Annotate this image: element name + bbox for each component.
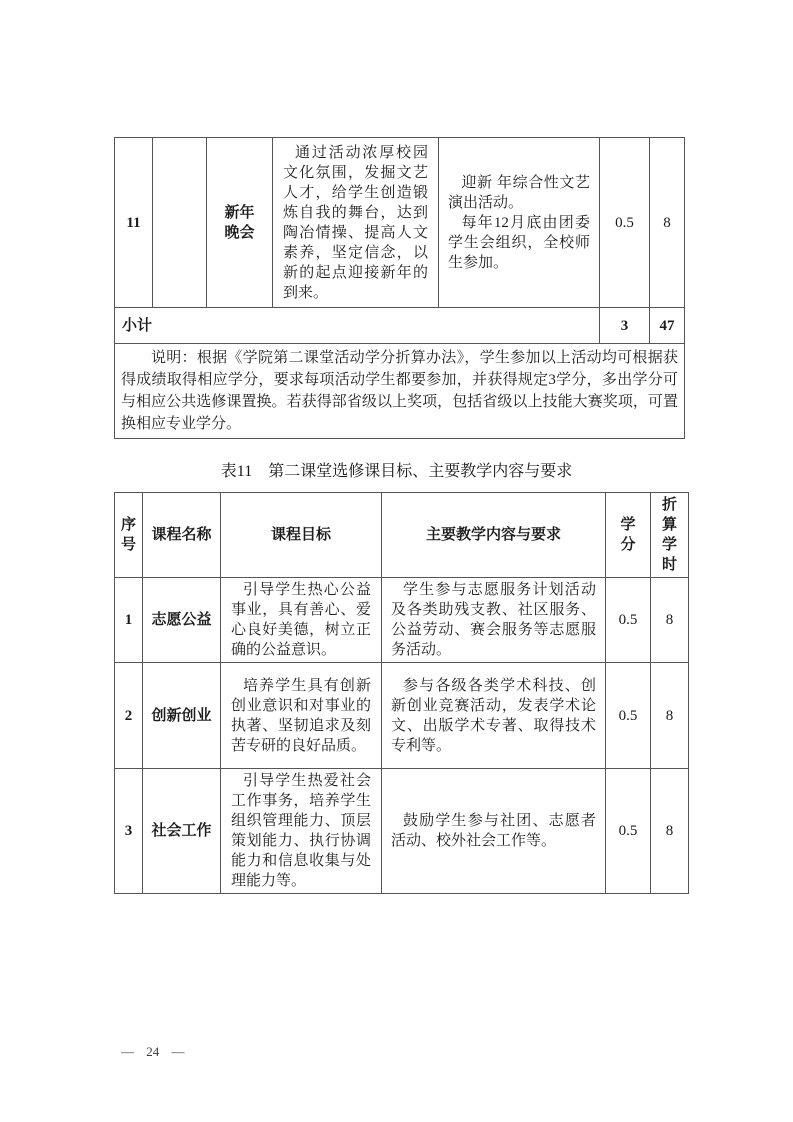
course-no: 3 <box>115 769 143 894</box>
activity-content-paragraph-1: 迎新 年综合性文艺演出活动。 <box>448 173 590 213</box>
course-hours: 8 <box>651 769 689 894</box>
subtotal-hours: 47 <box>650 308 685 344</box>
course-credit: 0.5 <box>606 578 651 663</box>
header-course-name: 课程名称 <box>143 493 221 578</box>
activity-content-paragraph-2: 每年12月底由团委学生会组织，全校师生参加。 <box>448 213 590 273</box>
header-course-goal: 课程目标 <box>221 493 382 578</box>
course-goal: 引导学生热心公益事业，具有善心、爱心良好美德，树立正确的公益意识。 <box>221 578 382 663</box>
elective-row-1: 1 志愿公益 引导学生热心公益事业，具有善心、爱心良好美德，树立正确的公益意识。… <box>115 578 689 663</box>
activity-hours: 8 <box>650 138 685 308</box>
header-no: 序 号 <box>115 493 143 578</box>
page-number: — 24 — <box>121 1044 185 1060</box>
subtotal-credit: 3 <box>600 308 650 344</box>
course-goal: 引导学生热爱社会工作事务，培养学生组织管理能力、顶层策划能力、执行协调能力和信息… <box>221 769 382 894</box>
activity-category-cell <box>153 138 207 308</box>
elective-header-row: 序 号 课程名称 课程目标 主要教学内容与要求 学 分 折 算 学 时 <box>115 493 689 578</box>
header-credit: 学 分 <box>606 493 651 578</box>
course-name: 创新创业 <box>143 663 221 769</box>
subtotal-label: 小计 <box>115 308 600 344</box>
course-credit: 0.5 <box>606 663 651 769</box>
note-text: 说明：根据《学院第二课堂活动学分折算办法》，学生参加以上活动均可根据获得成绩取得… <box>121 347 678 435</box>
course-credit: 0.5 <box>606 769 651 894</box>
course-content: 学生参与志愿服务计划活动及各类助残支教、社区服务、公益劳动、赛会服务等志愿服务活… <box>382 578 606 663</box>
course-no: 1 <box>115 578 143 663</box>
activity-content: 迎新 年综合性文艺演出活动。 每年12月底由团委学生会组织，全校师生参加。 <box>439 138 600 308</box>
activity-goal: 通过活动浓厚校园文化氛围，发掘文艺人才，给学生创造锻炼自我的舞台，达到陶冶情操、… <box>273 138 439 308</box>
course-name: 社会工作 <box>143 769 221 894</box>
activity-no: 11 <box>115 138 153 308</box>
activity-credit-table: 11 新年 晚会 通过活动浓厚校园文化氛围，发掘文艺人才，给学生创造锻炼自我的舞… <box>114 137 685 439</box>
activity-name: 新年 晚会 <box>207 138 273 308</box>
subtotal-row: 小计 3 47 <box>115 308 685 344</box>
course-no: 2 <box>115 663 143 769</box>
activity-row-11: 11 新年 晚会 通过活动浓厚校园文化氛围，发掘文艺人才，给学生创造锻炼自我的舞… <box>115 138 685 308</box>
course-name: 志愿公益 <box>143 578 221 663</box>
document-page: 11 新年 晚会 通过活动浓厚校园文化氛围，发掘文艺人才，给学生创造锻炼自我的舞… <box>0 0 793 1122</box>
header-content: 主要教学内容与要求 <box>382 493 606 578</box>
course-hours: 8 <box>651 578 689 663</box>
note-cell: 说明：根据《学院第二课堂活动学分折算办法》，学生参加以上活动均可根据获得成绩取得… <box>115 344 685 439</box>
course-goal: 培养学生具有创新创业意识和对事业的执著、坚韧追求及刻苦专研的良好品质。 <box>221 663 382 769</box>
course-content: 鼓励学生参与社团、志愿者活动、校外社会工作等。 <box>382 769 606 894</box>
activity-credit: 0.5 <box>600 138 650 308</box>
course-hours: 8 <box>651 663 689 769</box>
elective-row-3: 3 社会工作 引导学生热爱社会工作事务，培养学生组织管理能力、顶层策划能力、执行… <box>115 769 689 894</box>
elective-course-table: 序 号 课程名称 课程目标 主要教学内容与要求 学 分 折 算 学 时 1 志愿… <box>114 492 689 894</box>
note-row: 说明：根据《学院第二课堂活动学分折算办法》，学生参加以上活动均可根据获得成绩取得… <box>115 344 685 439</box>
header-hours: 折 算 学 时 <box>651 493 689 578</box>
elective-row-2: 2 创新创业 培养学生具有创新创业意识和对事业的执著、坚韧追求及刻苦专研的良好品… <box>115 663 689 769</box>
course-content: 参与各级各类学术科技、创新创业竞赛活动，发表学术论文、出版学术专著、取得技术专利… <box>382 663 606 769</box>
table11-caption: 表11 第二课堂选修课目标、主要教学内容与要求 <box>0 458 793 481</box>
